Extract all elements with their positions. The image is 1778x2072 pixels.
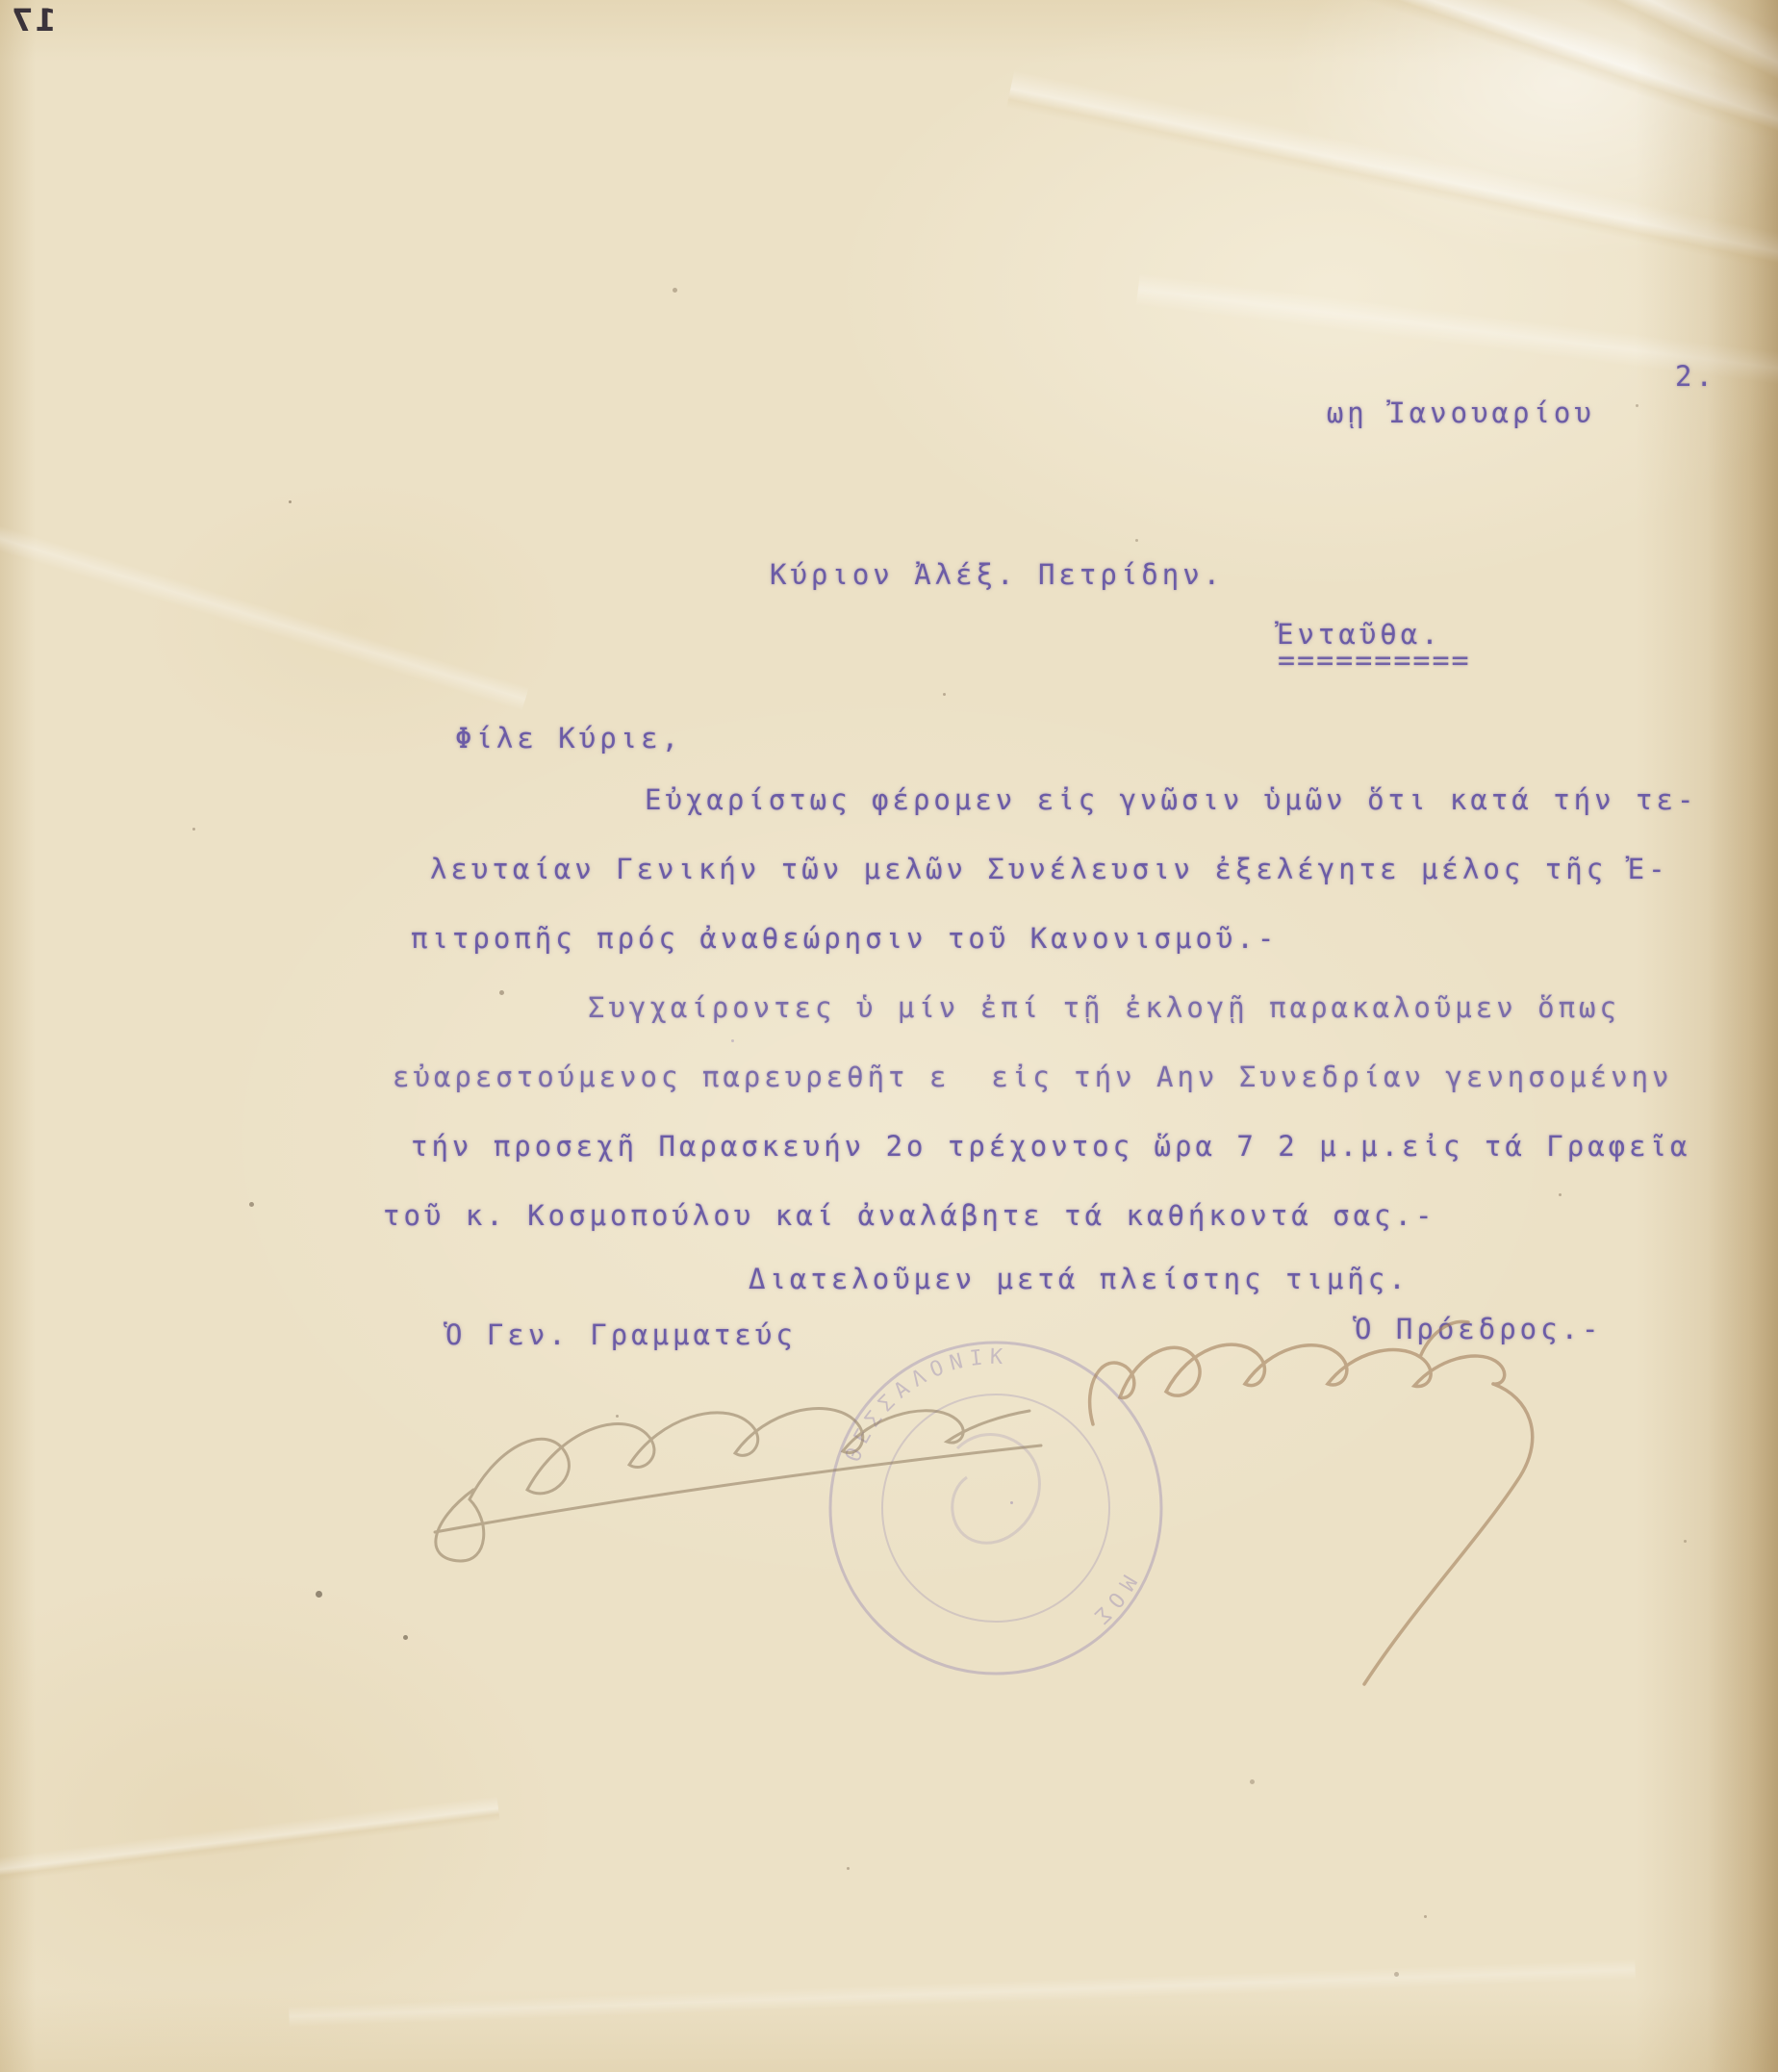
date-spacer <box>1368 396 1388 429</box>
body-line: Εὐχαρίστως φέρομεν εἰς γνῶσιν ὑμῶν ὅτι κ… <box>645 781 1697 818</box>
president-signature <box>1090 1321 1533 1684</box>
recipient-underline: ========== <box>1278 643 1471 679</box>
salutation: Φίλε Κύριε, <box>455 720 682 756</box>
signatures-layer <box>414 1280 1636 1723</box>
body-line: πιτροπῆς πρός ἀναθεώρησιν τοῦ Κανονισμοῦ… <box>411 920 1278 957</box>
archive-page-number: 17 <box>10 2 57 38</box>
body-line: εὐαρεστούμενος παρευρεθῆτ ε εἰς τήν Αην … <box>393 1059 1673 1095</box>
paper-crease <box>0 507 529 711</box>
paper-crease <box>1151 0 1778 208</box>
paper-crease <box>0 1796 499 1886</box>
paper-crease <box>289 1959 1636 2028</box>
paper-crease <box>1006 70 1778 296</box>
body-line: Συγχαίροντες ὑ μίν ἐπί τῇ ἐκλογῇ παρακαλ… <box>588 989 1620 1026</box>
body-line: τήν προσεχῆ Παρασκευήν 2ο τρέχοντος ὥρα … <box>411 1128 1691 1164</box>
date-month: Ἰανουαρίου <box>1388 396 1595 429</box>
body-line: τοῦ κ. Κοσμοπούλου καί ἀναλάβητε τά καθή… <box>383 1197 1435 1234</box>
recipient-name: Κύριον Ἀλέξ. Πετρίδην. <box>770 556 1224 593</box>
letter-page: 17 ωῃ Ἰανουαρίου 2. Κύριον Ἀλέξ. Πετρίδη… <box>0 0 1778 2072</box>
body-line: λευταίαν Γενικήν τῶν μελῶν Συνέλευσιν ἐξ… <box>430 851 1669 887</box>
date-line: ωῃ Ἰανουαρίου 2. <box>1244 358 1595 504</box>
date-day-ordinal: ωῃ <box>1327 396 1368 429</box>
paper-crease <box>1254 0 1778 200</box>
date-number: 2. <box>1675 358 1716 395</box>
paper-speckles <box>289 500 292 503</box>
secretary-signature <box>435 1409 1041 1561</box>
paper-edge-shadow <box>1636 0 1778 2072</box>
